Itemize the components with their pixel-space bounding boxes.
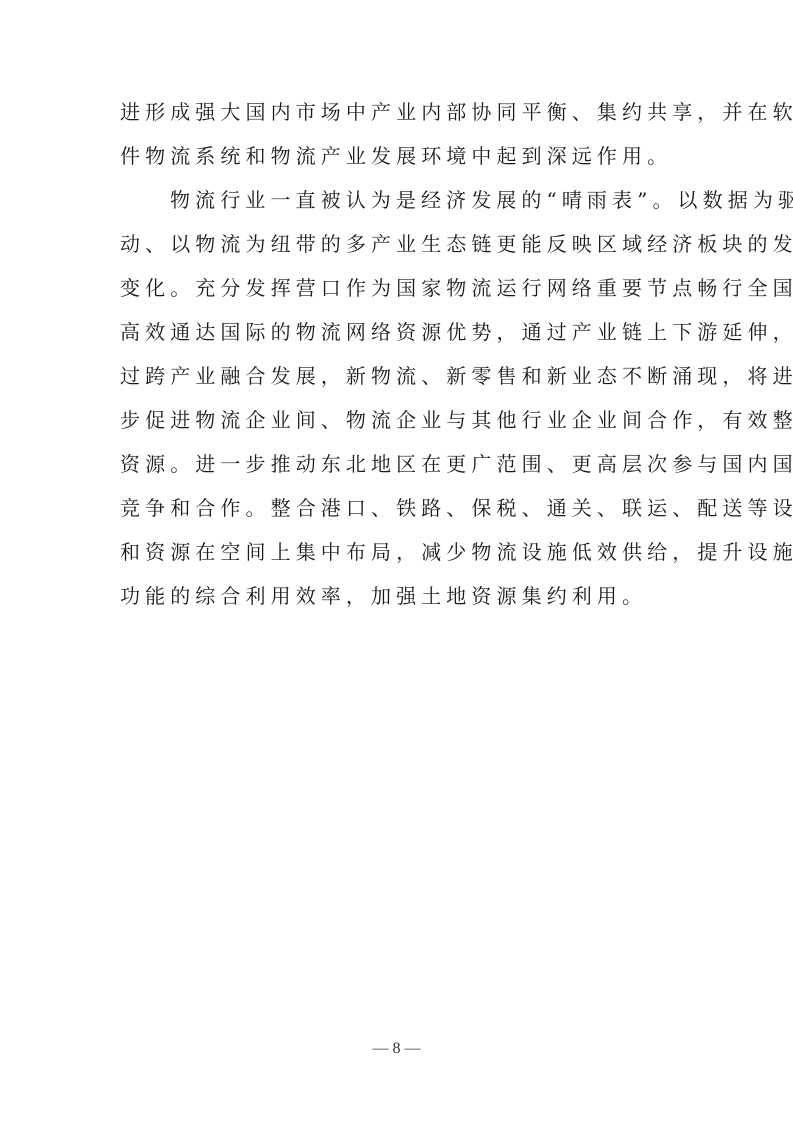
document-page: 进形成强大国内市场中产业内部协同平衡、集约共享，并在软硬 件物流系统和物流产业发… xyxy=(0,0,793,1122)
page-number: — 8 — xyxy=(0,1040,793,1058)
text-line: 动、以物流为纽带的多产业生态链更能反映区域经济板块的发展 xyxy=(120,222,793,266)
text-line: 过跨产业融合发展，新物流、新零售和新业态不断涌现，将进一 xyxy=(120,354,793,398)
text-line: 步促进物流企业间、物流企业与其他行业企业间合作，有效整合 xyxy=(120,398,793,442)
text-line: 变化。充分发挥营口作为国家物流运行网络重要节点畅行全国、 xyxy=(120,266,793,310)
text-line: 资源。进一步推动东北地区在更广范围、更高层次参与国内国际 xyxy=(120,442,793,486)
text-line: 竞争和合作。整合港口、铁路、保税、通关、联运、配送等设施 xyxy=(120,486,793,530)
text-line: 高效通达国际的物流网络资源优势，通过产业链上下游延伸，通 xyxy=(120,310,793,354)
text-line: 进形成强大国内市场中产业内部协同平衡、集约共享，并在软硬 xyxy=(120,90,793,134)
text-line: 功能的综合利用效率，加强土地资源集约利用。 xyxy=(120,574,647,618)
text-line: 件物流系统和物流产业发展环境中起到深远作用。 xyxy=(120,134,672,178)
text-line: 和资源在空间上集中布局，减少物流设施低效供给，提升设施和 xyxy=(120,530,793,574)
paragraph-start-line: 物流行业一直被认为是经济发展的“晴雨表”。以数据为驱 xyxy=(170,178,793,222)
